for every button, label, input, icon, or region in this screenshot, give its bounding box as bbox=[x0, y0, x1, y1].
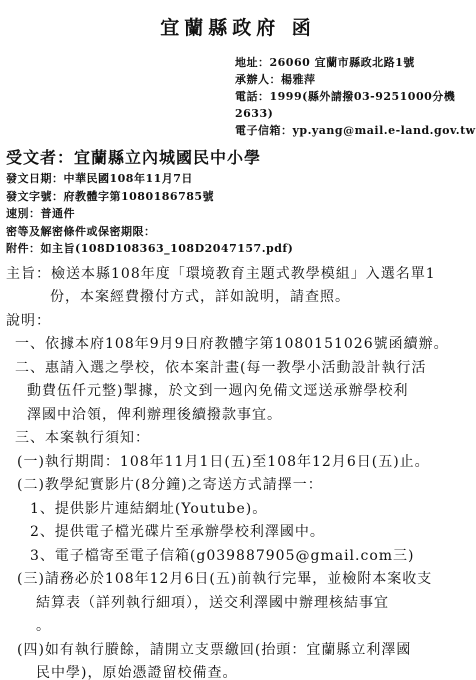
document-meta-block: 發文日期：中華民國108年11月7日 發文字號：府教體字第1080186785號… bbox=[6, 170, 476, 258]
sub-item-2: (二)教學紀實影片(8分鐘)之寄送方式請擇一： bbox=[0, 474, 476, 498]
contact-email-line: 電子信箱：yp.yang@mail.e-land.gov.tw bbox=[235, 122, 476, 139]
sub-item-4: 民中學)，原始憑證留校備查。 bbox=[0, 662, 476, 680]
option-3: 3、電子檔寄至電子信箱(g039887905@gmail.com三) bbox=[0, 545, 476, 569]
agency-contact-block: 地址：26060 宜蘭市縣政北路1號 承辦人：楊雅萍 電話：1999(縣外請撥0… bbox=[235, 54, 476, 139]
explanation-label: 說明： bbox=[0, 310, 476, 334]
explanation-item-2: 動費伍仟元整)掣據，於文到一週內免備文逕送承辦學校利 bbox=[0, 380, 476, 404]
contact-officer-line: 承辦人：楊雅萍 bbox=[235, 71, 476, 88]
subject-line: 主旨：檢送本縣108年度「環境教育主題式教學模組」入選名單1 bbox=[0, 263, 476, 287]
sub-item-3: 。 bbox=[0, 615, 476, 639]
explanation-item-2: 澤國中洽領，俾利辦理後續撥款事宜。 bbox=[0, 404, 476, 428]
explanation-item-3: 三、本案執行須知： bbox=[0, 427, 476, 451]
official-letter-page: 宜蘭縣政府 函 地址：26060 宜蘭市縣政北路1號 承辦人：楊雅萍 電話：19… bbox=[0, 0, 476, 680]
recipient-line: 受文者：宜蘭縣立內城國民中小學 bbox=[6, 148, 476, 168]
meta-attachment-line: 附件：如主旨(108D108363_108D2047157.pdf) bbox=[6, 240, 476, 258]
explanation-item-1: 一、依據本府108年9月9日府教體字第1080151026號函續辦。 bbox=[0, 333, 476, 357]
sub-item-1: (一)執行期間：108年11月1日(五)至108年12月6日(五)止。 bbox=[0, 451, 476, 475]
meta-classification-line: 密等及解密條件或保密期限： bbox=[6, 223, 476, 241]
sub-item-3: 結算表（詳列執行細項），送交利澤國中辦理核結事宜 bbox=[0, 592, 476, 616]
option-1: 1、提供影片連結網址(Youtube)。 bbox=[0, 498, 476, 522]
letter-body: 主旨：檢送本縣108年度「環境教育主題式教學模組」入選名單1 份，本案經費撥付方… bbox=[0, 263, 476, 680]
option-2: 2、提供電子檔光碟片至承辦學校利澤國中。 bbox=[0, 521, 476, 545]
sub-item-3: (三)請務必於108年12月6日(五)前執行完畢，並檢附本案收支 bbox=[0, 568, 476, 592]
contact-address-line: 地址：26060 宜蘭市縣政北路1號 bbox=[235, 54, 476, 71]
contact-phone-line: 電話：1999(縣外請撥03-9251000分機 bbox=[235, 88, 476, 105]
subject-line: 份，本案經費撥付方式，詳如說明，請查照。 bbox=[0, 286, 476, 310]
meta-issue-date-line: 發文日期：中華民國108年11月7日 bbox=[6, 170, 476, 188]
sub-item-4: (四)如有執行賸餘，請開立支票繳回(抬頭：宜蘭縣立利澤國 bbox=[0, 639, 476, 663]
meta-doc-number-line: 發文字號：府教體字第1080186785號 bbox=[6, 188, 476, 206]
meta-priority-line: 速別：普通件 bbox=[6, 205, 476, 223]
contact-phone-ext-line: 2633) bbox=[235, 105, 476, 122]
explanation-item-2: 二、惠請入選之學校，依本案計畫(每一教學小活動設計執行活 bbox=[0, 357, 476, 381]
document-title: 宜蘭縣政府 函 bbox=[0, 14, 476, 42]
